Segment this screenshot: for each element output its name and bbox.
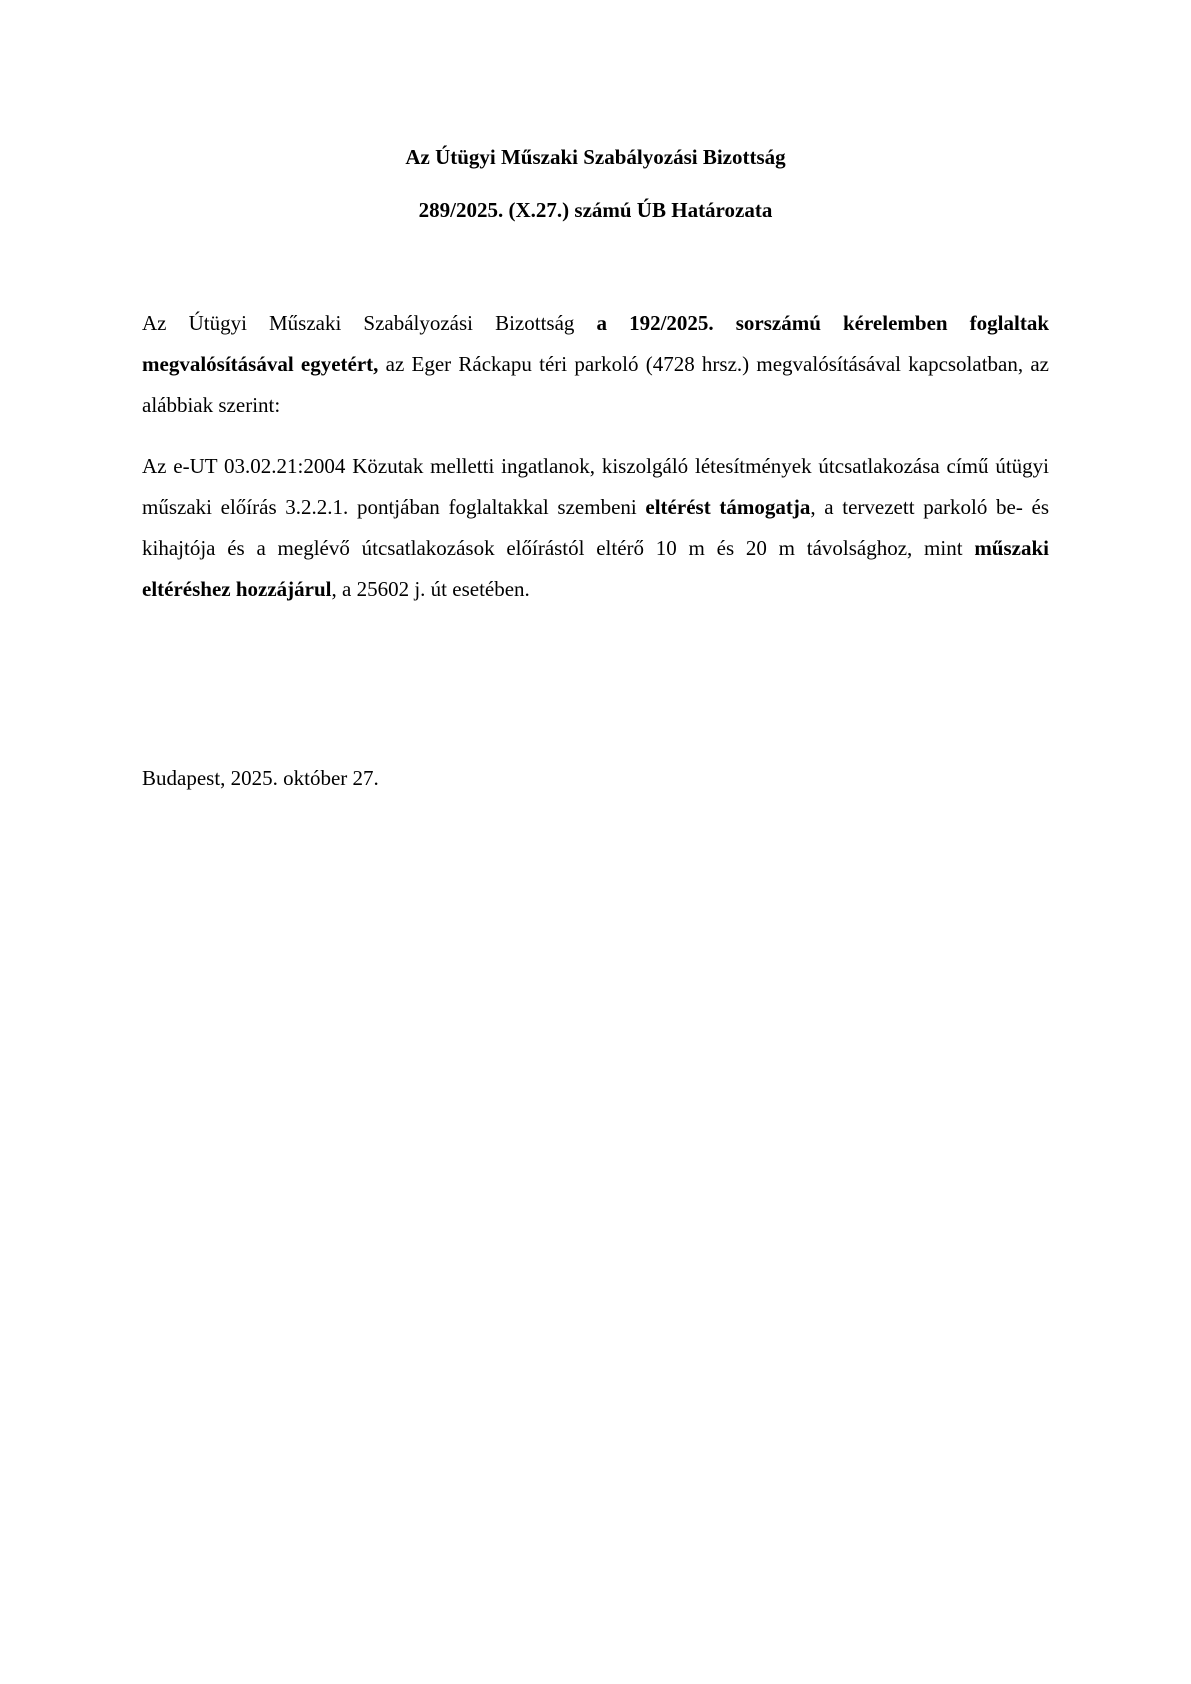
document-page: Az Útügyi Műszaki Szabályozási Bizottság… (0, 0, 1191, 1684)
paragraph-2-segment: , a 25602 j. út esetében. (332, 577, 530, 601)
resolution-paragraph-2: Az e-UT 03.02.21:2004 Közutak melletti i… (142, 446, 1049, 610)
paragraph-2-bold-segment: eltérést támogatja (645, 495, 810, 519)
resolution-paragraph-1: Az Útügyi Műszaki Szabályozási Bizottság… (142, 303, 1049, 426)
paragraph-1-segment: Az Útügyi Műszaki Szabályozási Bizottság (142, 311, 597, 335)
document-title: Az Útügyi Műszaki Szabályozási Bizottság (0, 144, 1191, 170)
resolution-number: 289/2025. (X.27.) számú ÚB Határozata (0, 197, 1191, 223)
place-and-date: Budapest, 2025. október 27. (142, 765, 379, 791)
